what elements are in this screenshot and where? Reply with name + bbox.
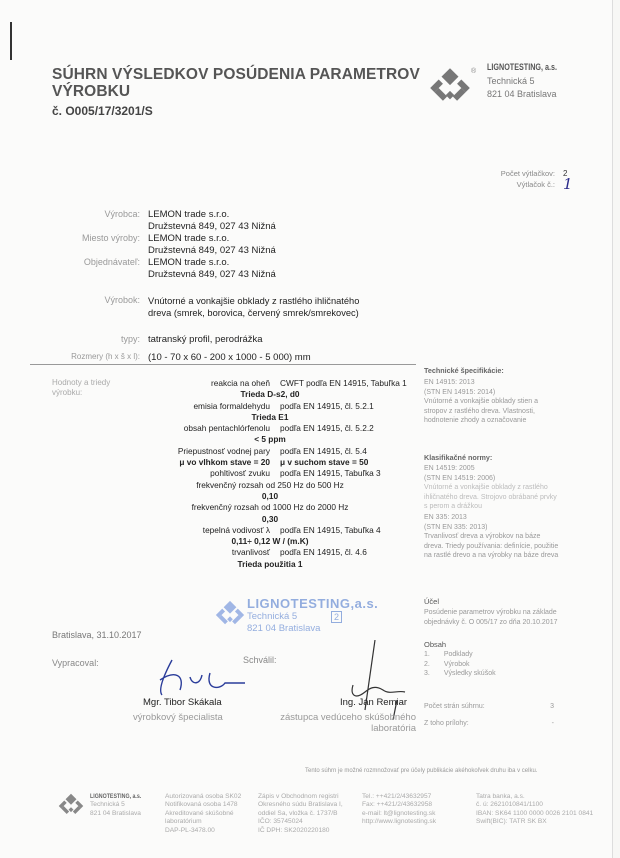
title-line-2: VÝROBKU (52, 83, 420, 100)
tech-spec-desc: hodnotenie zhody a označovanie (424, 416, 604, 425)
document-page: SÚHRN VÝSLEDKOV POSÚDENIA PARAMETROV VÝR… (0, 0, 613, 858)
class-desc: s perom a drážkou (424, 502, 604, 511)
properties-label-line-2: výrobku: (52, 388, 110, 398)
footer-bank: Tatra banka, a.s.č. ú: 2621010841/1100IB… (476, 793, 593, 827)
party-customer: Objednávateľ: LEMON trade s.r.o.Družstev… (52, 257, 276, 281)
contents-text: Výrobok (444, 660, 470, 669)
class-heading: Klasifikačné normy: (424, 453, 604, 462)
footer-line: Notifikovaná osoba 1478 (165, 801, 241, 809)
stamp-number: 2 (331, 611, 342, 623)
class-std: EN 335: 2013 (424, 513, 604, 522)
product-types: typy: tatranský profil, perodrážka (52, 334, 263, 346)
party-label: Objednávateľ: (52, 257, 140, 281)
party-address: Družstevná 849, 027 43 Nižná (148, 269, 276, 281)
footer-company: LIGNOTESTING, a.s. Technická 5 821 04 Br… (90, 793, 154, 818)
contents-num: 2. (424, 660, 430, 669)
contents-item: 2.Výrobok (424, 660, 604, 669)
property-row: 0,30 (120, 514, 420, 525)
party-name: LEMON trade s.r.o. (148, 209, 276, 221)
stamp-street: Technická 5 (247, 611, 297, 622)
class-std: EN 14519: 2005 (424, 464, 604, 473)
property-row: 0,10 (120, 491, 420, 502)
tech-spec-std: EN 14915: 2013 (424, 378, 604, 387)
attachments-label: Z toho prílohy: (424, 719, 469, 728)
footer-line: č. ú: 2621010841/1100 (476, 801, 593, 809)
company-city: 821 04 Bratislava (487, 89, 557, 99)
company-stamp: LIGNOTESTING,a.s. Technická 5 2 821 04 B… (215, 596, 365, 641)
class-desc: na rastlé drevo a na výrobky na báze dre… (424, 551, 604, 560)
property-value: Trieda E1 (120, 412, 420, 423)
tech-spec-heading: Technické špecifikácie: (424, 366, 604, 375)
product-line-2: dreva (smrek, borovica, červený smrek/sm… (148, 307, 359, 319)
footer-line: Autorizovaná osoba SK02 (165, 793, 241, 801)
contents-heading: Obsah (424, 640, 604, 649)
property-row: trvanlivosťpodľa EN 14915, čl. 4.6 (120, 547, 420, 558)
property-method: podľa EN 14915, čl. 5.4 (280, 446, 367, 457)
properties-label-line-1: Hodnoty a triedy (52, 378, 110, 388)
party-address: Družstevná 849, 027 43 Nižná (148, 221, 276, 233)
footer-line: http://www.lignotesting.sk (362, 818, 436, 826)
purpose-text: Posúdenie parametrov výrobku na základe (424, 608, 604, 617)
company-street: Technická 5 (487, 76, 535, 86)
pages-value: 3 (550, 702, 554, 711)
property-method: CWFT podľa EN 14915, Tabuľka 1 (280, 378, 407, 389)
property-row: 0,11÷ 0,12 W / (m.K) (120, 536, 420, 547)
signature-remiar-icon (335, 640, 415, 720)
property-row: emisia formaldehydupodľa EN 14915, čl. 5… (120, 401, 420, 412)
footer-line: Zápis v Obchodnom registri (258, 793, 343, 801)
property-value: 0,30 (120, 514, 420, 525)
footer-line: Fax: ++421/2/43632958 (362, 801, 436, 809)
document-title: SÚHRN VÝSLEDKOV POSÚDENIA PARAMETROV VÝR… (52, 66, 420, 100)
contents: Obsah 1.Podklady 2.Výrobok 3.Výsledky sk… (424, 640, 604, 679)
property-row: obsah pentachlórfenolupodľa EN 14915, čl… (120, 423, 420, 434)
approved-role-line-1: zástupca vedúceho skúšobného (266, 712, 416, 723)
property-name: obsah pentachlórfenolu (120, 423, 280, 434)
footer-line: IČO: 35745024 (258, 818, 343, 826)
copies-count-label: Počet výtlačkov: (501, 168, 555, 179)
purpose-text: objednávky č. O 005/17 zo dňa 20.10.2017 (424, 618, 604, 627)
property-method: μ v suchom stave = 50 (280, 457, 368, 468)
product-label: Výrobok: (52, 295, 140, 319)
lignotesting-logo-icon (428, 66, 472, 110)
property-value: < 5 ppm (120, 434, 420, 445)
property-detail: frekvenčný rozsah od 250 Hz do 500 Hz (120, 480, 420, 491)
party-name: LEMON trade s.r.o. (148, 257, 276, 269)
contents-num: 3. (424, 669, 430, 678)
pages-label: Počet strán súhrnu: (424, 702, 485, 711)
property-row: frekvenčný rozsah od 250 Hz do 500 Hz (120, 480, 420, 491)
tech-spec-desc: Vnútorné a vonkajšie obklady stien a (424, 397, 604, 406)
property-name: μ vo vlhkom stave = 20 (120, 457, 280, 468)
property-row: tepelná vodivosť λpodľa EN 14915, Tabuľk… (120, 525, 420, 536)
stamp-name: LIGNOTESTING,a.s. (247, 596, 378, 611)
property-row: μ vo vlhkom stave = 20μ v suchom stave =… (120, 457, 420, 468)
dimensions-label: Rozmery (h x š x l): (30, 352, 140, 364)
footer-contact: Tel.: ++421/2/43632957Fax: ++421/2/43632… (362, 793, 436, 827)
property-row: < 5 ppm (120, 434, 420, 445)
footer-line: IBAN: SK64 1100 0000 0026 2101 0841 (476, 810, 593, 818)
class-desc: ihličnatého dreva. Strojovo obrábané prv… (424, 493, 604, 502)
property-method: podľa EN 14915, čl. 5.2.1 (280, 401, 374, 412)
property-method: podľa EN 14915, čl. 5.2.2 (280, 423, 374, 434)
party-address: Družstevná 849, 027 43 Nižná (148, 245, 276, 257)
approved-role-line-2: laboratória (266, 723, 416, 734)
property-row: reakcia na oheňCWFT podľa EN 14915, Tabu… (120, 378, 420, 389)
property-value: Trieda použitia 1 (120, 559, 420, 570)
party-name: LEMON trade s.r.o. (148, 233, 276, 245)
copies-info: Počet výtlačkov:2 Výtlačok č.:1 (460, 168, 575, 190)
tech-spec-desc: stropov z rastlého dreva. Vlastnosti, (424, 407, 604, 416)
contents-text: Výsledky skúšok (444, 669, 496, 678)
footer-line: Tel.: ++421/2/43632957 (362, 793, 436, 801)
footer-company-city: 821 04 Bratislava (90, 810, 154, 818)
class-desc: Trvanlivosť dreva a výrobkov na báze (424, 532, 604, 541)
footer-company-name: LIGNOTESTING, a.s. (90, 793, 141, 801)
properties-label: Hodnoty a triedy výrobku: (52, 378, 110, 398)
property-name: Priepustnosť vodnej pary (120, 446, 280, 457)
footer-line: IČ DPH: SK2020220180 (258, 827, 343, 835)
footer-registry: Zápis v Obchodnom registriOkresného súdu… (258, 793, 343, 835)
product-dimensions: Rozmery (h x š x l): (10 - 70 x 60 - 200… (30, 352, 311, 364)
attachments-value: - (552, 719, 554, 728)
tech-spec-stn: (STN EN 14915: 2014) (424, 388, 604, 397)
contents-num: 1. (424, 650, 430, 659)
copy-number-label: Výtlačok č.: (517, 179, 555, 190)
property-name: tepelná vodivosť λ (120, 525, 280, 536)
technical-specifications: Technické špecifikácie: EN 14915: 2013 (… (424, 366, 604, 425)
footer-line: Tatra banka, a.s. (476, 793, 593, 801)
footer-line: DAP-PL-3478.00 (165, 827, 241, 835)
footer-company-street: Technická 5 (90, 801, 154, 809)
contents-item: 3.Výsledky skúšok (424, 669, 604, 678)
footer-line: Okresného súdu Bratislava I, (258, 801, 343, 809)
binder-mark (10, 22, 12, 60)
property-name: reakcia na oheň (120, 378, 280, 389)
title-line-1: SÚHRN VÝSLEDKOV POSÚDENIA PARAMETROV (52, 66, 420, 83)
property-value: Trieda D-s2, d0 (120, 389, 420, 400)
purpose-heading: Účel (424, 597, 604, 606)
product-line-1: Vnútorné a vonkajšie obklady z rastlého … (148, 295, 359, 307)
property-method: podľa EN 14915, Tabuľka 4 (280, 525, 381, 536)
property-name: emisia formaldehydu (120, 401, 280, 412)
prepared-by-label: Vypracoval: (52, 658, 99, 668)
approved-by-role: zástupca vedúceho skúšobného laboratória (266, 712, 416, 734)
contents-item: 1.Podklady (424, 650, 604, 659)
place-date: Bratislava, 31.10.2017 (52, 630, 142, 640)
property-row: Trieda D-s2, d0 (120, 389, 420, 400)
property-method: podľa EN 14915, Tabuľka 3 (280, 468, 381, 479)
class-stn: (STN EN 335: 2013) (424, 523, 604, 532)
party-production-site: Miesto výroby: LEMON trade s.r.o.Družste… (52, 233, 276, 257)
types-value: tatranský profil, perodrážka (148, 334, 263, 346)
product-description: Výrobok: Vnútorné a vonkajšie obklady z … (52, 295, 359, 319)
party-label: Miesto výroby: (52, 233, 140, 257)
property-row: frekvenčný rozsah od 1000 Hz do 2000 Hz (120, 502, 420, 513)
property-name: pohltivosť zvuku (120, 468, 280, 479)
property-method: podľa EN 14915, čl. 4.6 (280, 547, 367, 558)
property-row: Trieda E1 (120, 412, 420, 423)
copy-number-value: 1 (563, 179, 575, 190)
property-row: Trieda použitia 1 (120, 559, 420, 570)
footer-line: Swift(BIC): TATR SK BX (476, 818, 593, 826)
stamp-logo-icon (215, 600, 245, 630)
class-stn: (STN EN 14519: 2006) (424, 474, 604, 483)
footer-line: oddiel Sa, vložka č. 1737/B (258, 810, 343, 818)
stamp-city: 821 04 Bratislava (247, 623, 320, 634)
prepared-by-role: výrobkový špecialista (133, 712, 223, 723)
property-detail: frekvenčný rozsah od 1000 Hz do 2000 Hz (120, 502, 420, 513)
property-value: 0,11÷ 0,12 W / (m.K) (120, 536, 420, 547)
document-number: č. O005/17/3201/S (52, 104, 153, 118)
property-row: pohltivosť zvukupodľa EN 14915, Tabuľka … (120, 468, 420, 479)
footer-line: laboratórium (165, 818, 241, 826)
company-name: LIGNOTESTING, a.s. (487, 62, 557, 72)
purpose: Účel Posúdenie parametrov výrobku na zák… (424, 597, 604, 627)
signature-skakala-icon (150, 655, 260, 700)
class-desc: dreva. Triedy používania: definície, pou… (424, 542, 604, 551)
class-desc: Vnútorné a vonkajšie obklady z rastlého (424, 483, 604, 492)
registered-mark: ® (471, 68, 476, 75)
footer-line: Akreditované skúšobné (165, 810, 241, 818)
properties-list: reakcia na oheňCWFT podľa EN 14915, Tabu… (120, 378, 420, 570)
footer-logo-icon (58, 793, 84, 819)
dimensions-value: (10 - 70 x 60 - 200 x 1000 - 5 000) mm (148, 352, 311, 364)
property-value: 0,10 (120, 491, 420, 502)
contents-text: Podklady (444, 650, 473, 659)
party-manufacturer: Výrobca: LEMON trade s.r.o.Družstevná 84… (52, 209, 276, 233)
party-label: Výrobca: (52, 209, 140, 233)
footer-accreditation: Autorizovaná osoba SK02Notifikovaná osob… (165, 793, 241, 835)
page-count: Počet strán súhrnu:3 Z toho prílohy:- (424, 702, 604, 729)
reproduction-note: Tento súhrn je možné rozmnožovať pre úče… (305, 768, 537, 774)
property-row: Priepustnosť vodnej parypodľa EN 14915, … (120, 446, 420, 457)
types-label: typy: (52, 334, 140, 346)
approved-by-name: Ing. Ján Remiar (340, 697, 407, 708)
classification-standards: Klasifikačné normy: EN 14519: 2005 (STN … (424, 453, 604, 560)
divider (30, 364, 416, 365)
footer-line: e-mail: lt@lignotesting.sk (362, 810, 436, 818)
prepared-by-name: Mgr. Tibor Skákala (143, 697, 222, 708)
property-name: trvanlivosť (120, 547, 280, 558)
